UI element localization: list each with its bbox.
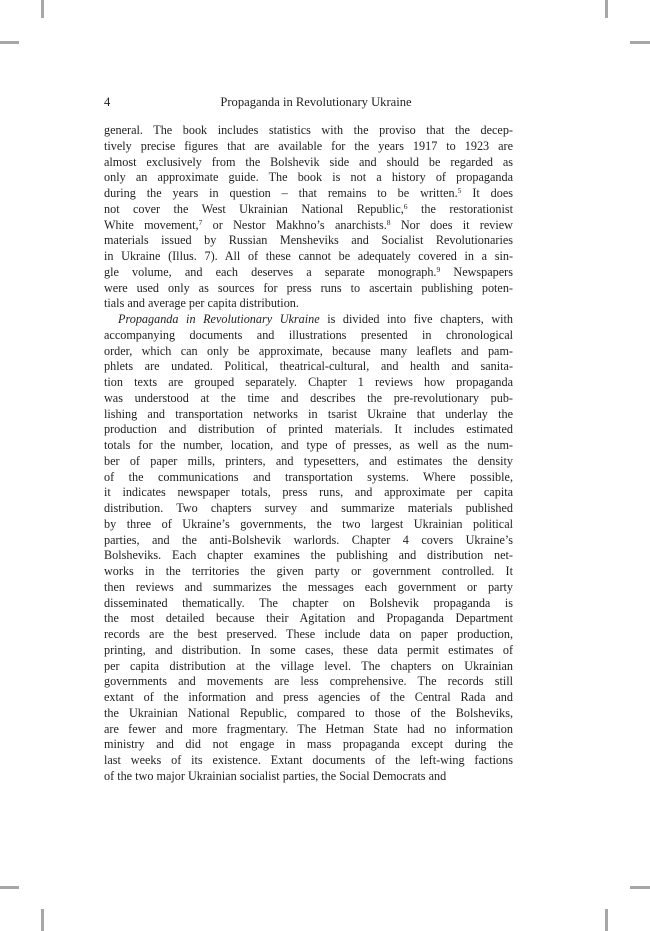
text-line: tion texts are grouped separately. Chapt… (104, 375, 513, 391)
text-line: order, which can only be approximate, be… (104, 344, 513, 360)
crop-mark-top-left-vertical (41, 0, 44, 18)
text-line: tials and average per capita distributio… (104, 296, 513, 312)
crop-mark-top-right-vertical (605, 0, 608, 18)
text-line: almost exclusively from the Bolshevik si… (104, 155, 513, 171)
text-line: the most detailed because their Agitatio… (104, 611, 513, 627)
text-line: it indicates newspaper totals, press run… (104, 485, 513, 501)
text-line: gle volume, and each deserves a separate… (104, 265, 513, 281)
text-line: distribution. Two chapters survey and su… (104, 501, 513, 517)
text-line: general. The book includes statistics wi… (104, 123, 513, 139)
crop-mark-top-right-horizontal (630, 41, 650, 44)
text-line: works in the territories the given party… (104, 564, 513, 580)
page-number: 4 (104, 94, 110, 110)
text-line: production and distribution of printed m… (104, 422, 513, 438)
text-line: printing, and distribution. In some case… (104, 643, 513, 659)
text-line: are fewer and more fragmentary. The Hetm… (104, 722, 513, 738)
text-line: disseminated thematically. The chapter o… (104, 596, 513, 612)
crop-mark-bottom-right-vertical (605, 909, 608, 931)
text-line: records are the best preserved. These in… (104, 627, 513, 643)
text-line: parties, and the anti-Bolshevik warlords… (104, 533, 513, 549)
crop-mark-bottom-left-vertical (41, 909, 44, 931)
text-line: materials issued by Russian Mensheviks a… (104, 233, 513, 249)
text-line: phlets are undated. Political, theatrica… (104, 359, 513, 375)
body-text: general. The book includes statistics wi… (104, 123, 513, 785)
text-line: ministry and did not engage in mass prop… (104, 737, 513, 753)
text-line: then reviews and summarizes the messages… (104, 580, 513, 596)
text-line: Propaganda in Revolutionary Ukraine is d… (104, 312, 513, 328)
text-line: last weeks of its existence. Extant docu… (104, 753, 513, 769)
text-line: the Ukrainian National Republic, compare… (104, 706, 513, 722)
crop-mark-bottom-right-horizontal (630, 886, 650, 889)
text-line: was understood at the time and describes… (104, 391, 513, 407)
text-line: were used only as sources for press runs… (104, 281, 513, 297)
paragraph: Propaganda in Revolutionary Ukraine is d… (104, 312, 513, 785)
text-line: only an approximate guide. The book is n… (104, 170, 513, 186)
text-line: not cover the West Ukrainian National Re… (104, 202, 513, 218)
text-line: of the communications and transportation… (104, 470, 513, 486)
text-line: extant of the information and press agen… (104, 690, 513, 706)
paragraph: general. The book includes statistics wi… (104, 123, 513, 312)
text-line: in Ukraine (Illus. 7). All of these cann… (104, 249, 513, 265)
crop-mark-top-left-horizontal (0, 41, 19, 44)
crop-mark-bottom-left-horizontal (0, 886, 19, 889)
text-line: lishing and transportation networks in t… (104, 407, 513, 423)
text-line: ber of paper mills, printers, and typese… (104, 454, 513, 470)
text-line: governments and movements are less compr… (104, 674, 513, 690)
text-line: tively precise figures that are availabl… (104, 139, 513, 155)
text-line: by three of Ukraine’s governments, the t… (104, 517, 513, 533)
text-line: Bolsheviks. Each chapter examines the pu… (104, 548, 513, 564)
text-line: White movement,7 or Nestor Makhno’s anar… (104, 218, 513, 234)
text-line: of the two major Ukrainian socialist par… (104, 769, 513, 785)
text-line: during the years in question – that rema… (104, 186, 513, 202)
book-page: 4 Propaganda in Revolutionary Ukraine ge… (0, 0, 650, 931)
text-line: per capita distribution at the village l… (104, 659, 513, 675)
running-head: 4 Propaganda in Revolutionary Ukraine (104, 94, 528, 110)
text-line: accompanying documents and illustrations… (104, 328, 513, 344)
text-line: totals for the number, location, and typ… (104, 438, 513, 454)
running-title: Propaganda in Revolutionary Ukraine (104, 94, 528, 110)
